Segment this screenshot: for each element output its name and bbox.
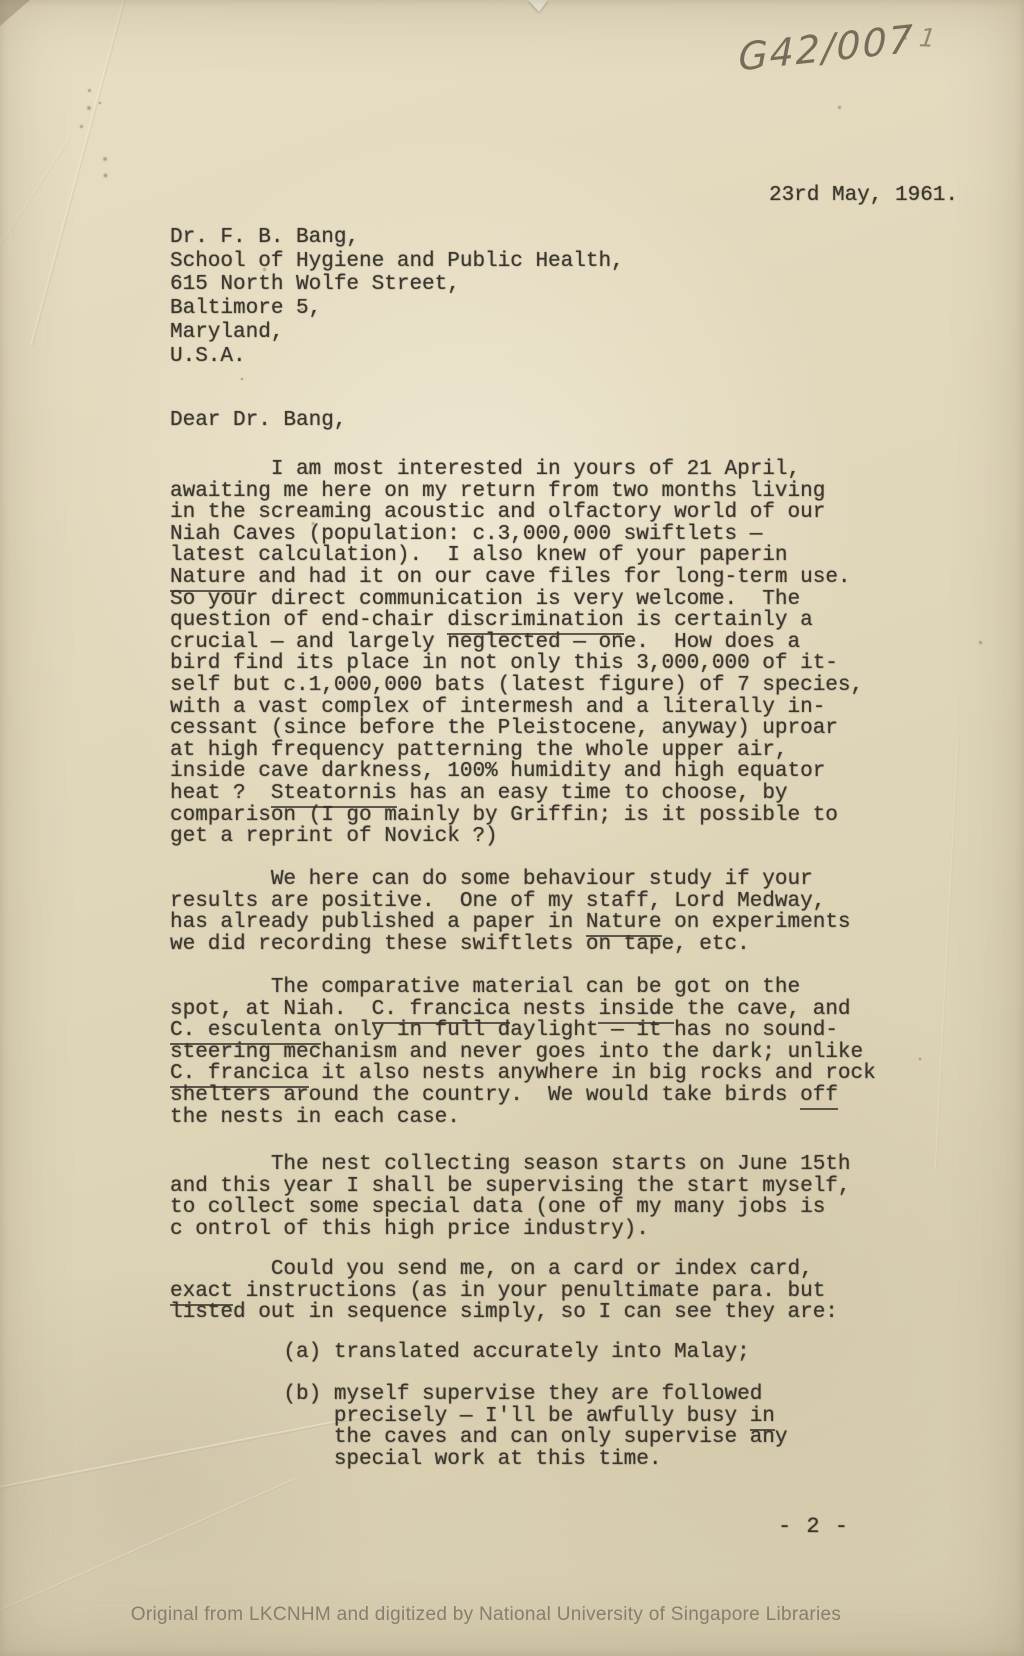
body-line: self but c.1,000,000 bats (latest figure…: [170, 675, 863, 697]
recipient-line: Dr. F. B. Bang,: [170, 226, 624, 250]
paragraph: I am most interested in yours of 21 Apri…: [170, 459, 863, 848]
fox-spot: [98, 101, 102, 105]
letter-date: 23rd May, 1961.: [769, 184, 958, 207]
fox-spot: [103, 172, 108, 179]
body-line: C. esculenta only in full daylight — it …: [170, 1020, 876, 1042]
fox-spot: [978, 640, 983, 645]
paragraph: The comparative material can be got on t…: [170, 977, 876, 1128]
body-line: The comparative material can be got on t…: [170, 977, 876, 999]
body-line: spot, at Niah. C. francica nests inside …: [170, 999, 876, 1021]
body-line: and this year I shall be supervising the…: [170, 1176, 851, 1198]
body-line: C. francica it also nests anywhere in bi…: [170, 1063, 876, 1085]
paragraph: (a) translated accurately into Malay;: [170, 1342, 750, 1364]
body-line: inside cave darkness, 100% humidity and …: [170, 761, 863, 783]
body-line: Could you send me, on a card or index ca…: [170, 1259, 838, 1281]
paper-crease: [0, 1478, 296, 1614]
recipient-line: U.S.A.: [170, 345, 624, 369]
body-line: (a) translated accurately into Malay;: [170, 1342, 750, 1364]
paper-crease: [30, 0, 129, 346]
letter-page: G42/007 : 1 23rd May, 1961. Dr. F. B. Ba…: [0, 0, 1024, 1656]
body-line: results are positive. One of my staff, L…: [170, 891, 851, 913]
archive-code: G42/007: [738, 17, 914, 80]
body-line: special work at this time.: [170, 1449, 788, 1471]
body-line: to collect some special data (one of my …: [170, 1197, 851, 1219]
page-number: - 2 -: [778, 1514, 849, 1539]
digitization-credit: Original from LKCNHM and digitized by Na…: [0, 1604, 972, 1626]
paper-crease: [935, 740, 960, 1170]
body-line: the caves and can only supervise any: [170, 1427, 788, 1449]
body-line: at high frequency patterning the whole u…: [170, 740, 863, 762]
body-line: get a reprint of Novick ?): [170, 826, 863, 848]
body-line: comparison (I go mainly by Griffin; is i…: [170, 805, 863, 827]
fox-spot: [86, 105, 92, 111]
body-line: the nests in each case.: [170, 1107, 876, 1129]
paper-crease: [0, 138, 70, 332]
body-line: So your direct communication is very wel…: [170, 589, 863, 611]
fox-spot: [79, 124, 84, 129]
recipient-line: Baltimore 5,: [170, 297, 624, 321]
archive-annotation: G42/007 : 1: [738, 17, 914, 80]
body-line: with a vast complex of intermesh and a l…: [170, 697, 863, 719]
body-line: We here can do some behaviour study if y…: [170, 869, 851, 891]
body-line: latest calculation). I also knew of your…: [170, 545, 863, 567]
salutation: Dear Dr. Bang,: [170, 409, 346, 432]
body-line: exact instructions (as in your penultima…: [170, 1281, 838, 1303]
recipient-line: Maryland,: [170, 321, 624, 345]
body-line: question of end-chair discrimination is …: [170, 610, 863, 632]
recipient-line: School of Hygiene and Public Health,: [170, 250, 624, 274]
body-line: Nature and had it on our cave files for …: [170, 567, 863, 589]
fox-spot: [240, 377, 244, 381]
body-line: crucial — and largely neglected — one. H…: [170, 632, 863, 654]
archive-mark: 1: [918, 23, 938, 53]
archive-annotation-dots: :: [904, 23, 912, 45]
body-line: in the screaming acoustic and olfactory …: [170, 502, 863, 524]
body-line: c ontrol of this high price industry).: [170, 1219, 851, 1241]
recipient-line: 615 North Wolfe Street,: [170, 273, 624, 297]
paragraph: The nest collecting season starts on Jun…: [170, 1154, 851, 1240]
paper-corner-shadow: [0, 0, 30, 26]
paragraph: (b) myself supervise they are followed p…: [170, 1384, 788, 1470]
body-line: awaiting me here on my return from two m…: [170, 481, 863, 503]
fox-spot: [837, 105, 842, 110]
fox-spot: [102, 156, 108, 162]
body-line: The nest collecting season starts on Jun…: [170, 1154, 851, 1176]
paragraph: Could you send me, on a card or index ca…: [170, 1259, 838, 1324]
recipient-address: Dr. F. B. Bang,School of Hygiene and Pub…: [170, 226, 624, 368]
body-line: has already published a paper in Nature …: [170, 912, 851, 934]
fox-spot: [87, 88, 92, 93]
paragraph: We here can do some behaviour study if y…: [170, 869, 851, 955]
body-line: cessant (since before the Pleistocene, a…: [170, 718, 863, 740]
body-line: Niah Caves (population: c.3,000,000 swif…: [170, 524, 863, 546]
body-line: I am most interested in yours of 21 Apri…: [170, 459, 863, 481]
body-line: precisely — I'll be awfully busy in: [170, 1406, 788, 1428]
body-line: shelters around the country. We would ta…: [170, 1085, 876, 1107]
body-line: steering mechanism and never goes into t…: [170, 1042, 876, 1064]
body-line: heat ? Steatornis has an easy time to ch…: [170, 783, 863, 805]
fox-spot: [918, 1057, 922, 1061]
paper-tear-notch: [528, 0, 548, 12]
body-line: listed out in sequence simply, so I can …: [170, 1302, 838, 1324]
body-line: (b) myself supervise they are followed: [170, 1384, 788, 1406]
body-line: bird find its place in not only this 3,0…: [170, 653, 863, 675]
body-line: we did recording these swiftlets on tape…: [170, 934, 851, 956]
